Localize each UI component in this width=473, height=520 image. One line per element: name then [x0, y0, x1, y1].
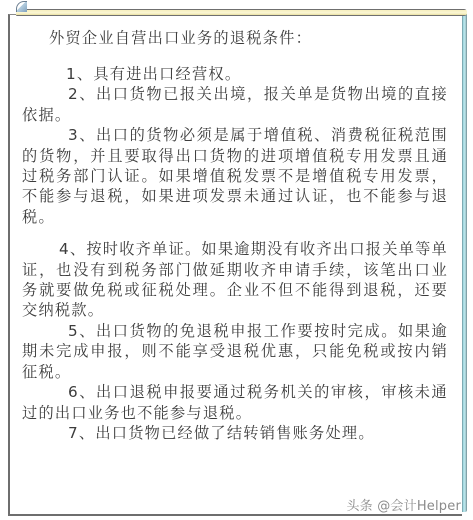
watermark: 头条 @会计Helper: [346, 495, 461, 514]
condition-item-3: 3、出口的货物必须是属于增值税、消费税征税范围的货物，并且要取得出口货物的进项增…: [22, 125, 448, 227]
spacer: [22, 48, 448, 64]
scroll-curl-decoration: [16, 1, 27, 12]
condition-item-7: 7、出口货物已经做了结转销售账务处理。: [22, 423, 448, 443]
condition-item-4: 4、按时收齐单证。如果逾期没有收齐出口报关单等单证，也没有到税务部门做延期收齐申…: [22, 239, 448, 321]
document-title: 外贸企业自营出口业务的退税条件：: [22, 28, 448, 48]
condition-item-2: 2、出口货物已报关出境，报关单是货物出境的直接依据。: [22, 84, 448, 125]
scroll-roll-bar: [16, 9, 467, 16]
document-content: 外贸企业自营出口业务的退税条件： 1、具有进出口经营权。 2、出口货物已报关出境…: [22, 28, 448, 443]
condition-item-6: 6、出口退税申报要通过税务机关的审核，审核未通过的出口业务也不能参与退税。: [22, 382, 448, 423]
spacer: [22, 227, 448, 239]
paper-right-edge: [462, 14, 467, 512]
condition-item-1: 1、具有进出口经营权。: [22, 64, 448, 84]
condition-item-5: 5、出口货物的免退税申报工作要按时完成。如果逾期未完成申报，则不能享受退税优惠，…: [22, 321, 448, 382]
